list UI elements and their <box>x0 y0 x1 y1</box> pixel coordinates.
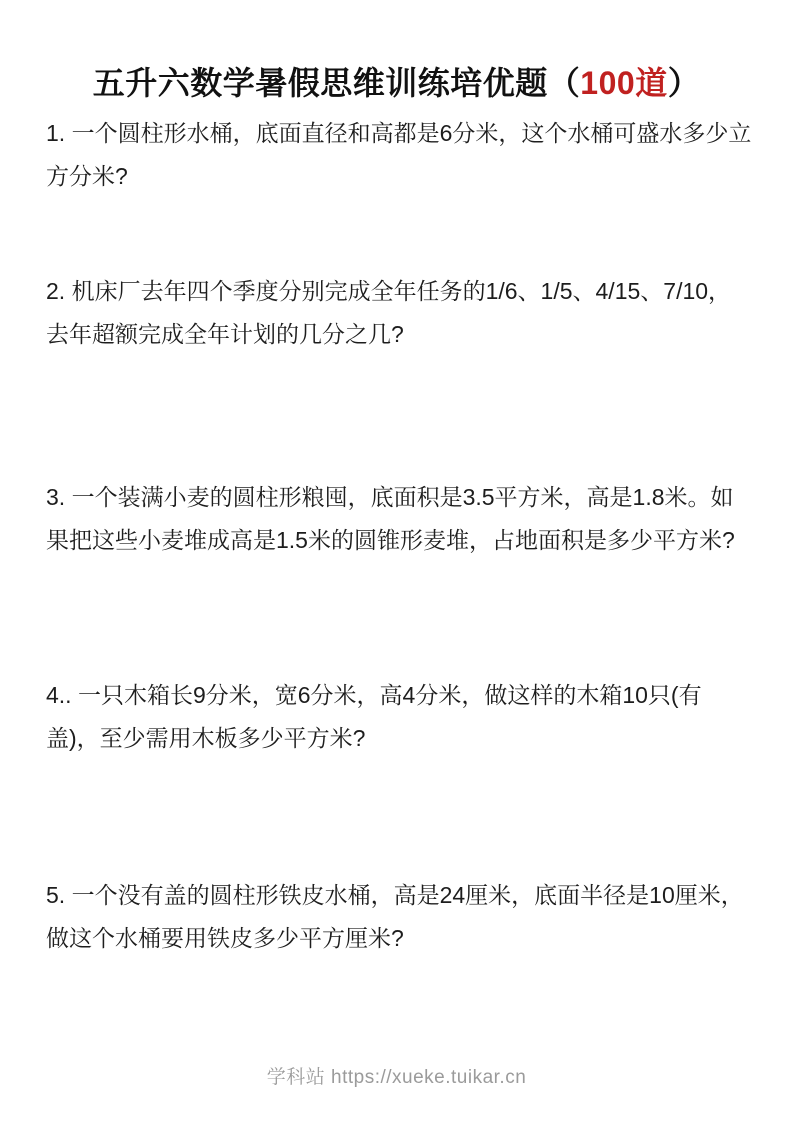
footer-watermark: 学科站 https://xueke.tuikar.cn <box>0 1062 793 1089</box>
question-1: 1. 一个圆柱形水桶，底面直径和高都是6分米，这个水桶可盛水多少立方分米? <box>46 112 752 198</box>
page-title: 五升六数学暑假思维训练培优题（100道） <box>0 58 793 104</box>
question-4: 4.. 一只木箱长9分米，宽6分米，高4分米，做这样的木箱10只(有盖)，至少需… <box>46 674 752 760</box>
page-title-count-highlight: 100道 <box>580 65 667 101</box>
page-title-suffix: ） <box>668 65 701 101</box>
question-3: 3. 一个装满小麦的圆柱形粮囤，底面积是3.5平方米，高是1.8米。如果把这些小… <box>46 476 752 562</box>
question-5: 5. 一个没有盖的圆柱形铁皮水桶，高是24厘米，底面半径是10厘米，做这个水桶要… <box>46 874 752 960</box>
page-title-prefix: 五升六数学暑假思维训练培优题（ <box>93 65 581 101</box>
question-2: 2. 机床厂去年四个季度分别完成全年任务的1/6、1/5、4/15、7/10，去… <box>46 270 752 356</box>
worksheet-page: 五升六数学暑假思维训练培优题（100道） 1. 一个圆柱形水桶，底面直径和高都是… <box>0 0 793 1122</box>
